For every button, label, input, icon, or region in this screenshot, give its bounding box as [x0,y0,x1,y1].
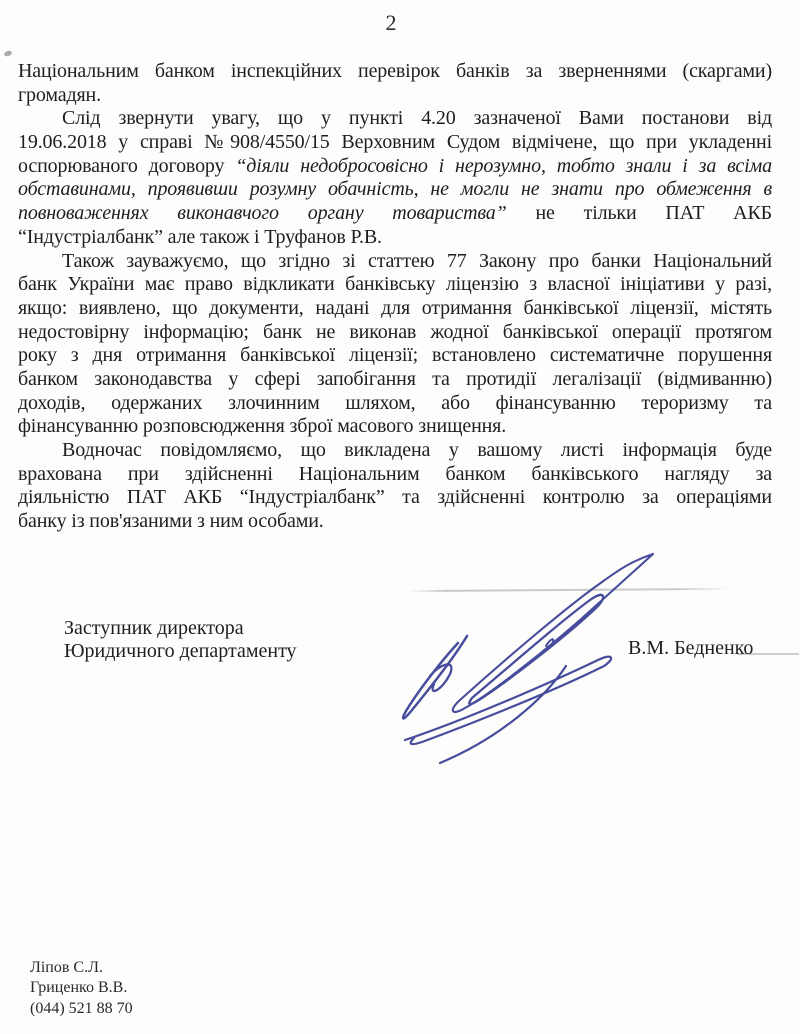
body-text-segment: банк України має право відкликати банків… [18,273,772,295]
body-text-segment: громадян. [18,84,101,106]
quoted-italic-text: “діяли недобросовісно і нерозумно, тобто… [235,155,772,177]
body-text-segment: оспорюваного договору [18,155,235,177]
body-line: доходів, одержаних злочинним шляхом, або… [18,392,772,416]
quoted-italic-text: обставинами, проявивши розумну обачність… [18,178,772,200]
body-line: оспорюваного договору “діяли недобросові… [18,155,772,179]
signer-title-line: Заступник директора [64,617,297,640]
footer-contacts: Ліпов С.Л. Гриценко В.В. (044) 521 88 70 [30,958,133,1019]
scan-speck [3,50,12,57]
signer-title: Заступник директора Юридичного департаме… [64,617,297,663]
body-text-segment: Національним банком інспекційних перевір… [18,60,772,82]
body-text-segment: недостовірну інформацію; банк не виконав… [18,321,772,343]
contact-phone: (044) 521 88 70 [30,999,133,1019]
body-text-segment: фінансуванню розповсюдження зброї масово… [18,415,506,437]
body-text-segment: якщо: виявлено, що документи, надані для… [18,297,772,319]
body-line: повноваженнях виконавчого органу товарис… [18,202,772,226]
body-line: Національним банком інспекційних перевір… [18,60,772,84]
body-line: недостовірну інформацію; банк не виконав… [18,321,772,345]
signer-name: В.М. Бедненко [628,637,753,660]
body-text-segment: діяльністю ПАТ АКБ “Індустріалбанк” та з… [18,486,772,508]
body-text-segment: Водночас повідомляємо, що викладена у ва… [62,439,772,461]
page-number: 2 [0,10,782,36]
body-line: року з дня отримання банківської ліцензі… [18,344,772,368]
body-line: 19.06.2018 у справі №908/4550/15 Верховн… [18,131,772,155]
body-text-segment: не тільки ПАТ АКБ [507,202,772,224]
body-line: обставинами, проявивши розумну обачність… [18,178,772,202]
body-line: “Індустріалбанк” але також і Труфанов Р.… [18,226,772,250]
body-line: фінансуванню розповсюдження зброї масово… [18,415,772,439]
body-text-segment: року з дня отримання банківської ліцензі… [18,344,772,366]
body-text-segment: Слід звернути увагу, що у пункті 4.20 за… [62,107,772,129]
body-text-segment: доходів, одержаних злочинним шляхом, або… [18,392,772,414]
signature-ink [370,548,660,778]
body-line: банк України має право відкликати банків… [18,273,772,297]
body-line: Водночас повідомляємо, що викладена у ва… [18,439,772,463]
body-line: якщо: виявлено, що документи, надані для… [18,297,772,321]
body-text-segment: банком законодавства у сфері запобігання… [18,368,772,390]
scanned-letter-page: 2 Національним банком інспекційних перев… [0,0,800,1034]
body-line: банку із пов'язаними з ним особами. [18,510,772,534]
quoted-italic-text: повноваженнях виконавчого органу товарис… [18,202,507,224]
letter-body: Національним банком інспекційних перевір… [18,60,772,534]
contact-person: Гриценко В.В. [30,978,133,998]
contact-person: Ліпов С.Л. [30,958,133,978]
body-line: врахована при здійсненні Національним ба… [18,463,772,487]
body-line: громадян. [18,84,772,108]
body-text-segment: банку із пов'язаними з ним особами. [18,510,324,532]
body-text-segment: “Індустріалбанк” але також і Труфанов Р.… [18,226,382,248]
body-text-segment: 19.06.2018 у справі №908/4550/15 Верховн… [18,131,772,153]
body-line: Також зауважуємо, що згідно зі статтею 7… [18,250,772,274]
signer-title-line: Юридичного департаменту [64,640,297,663]
body-line: діяльністю ПАТ АКБ “Індустріалбанк” та з… [18,486,772,510]
body-line: Слід звернути увагу, що у пункті 4.20 за… [18,107,772,131]
body-line: банком законодавства у сфері запобігання… [18,368,772,392]
body-text-segment: врахована при здійсненні Національним ба… [18,463,772,485]
body-text-segment: Також зауважуємо, що згідно зі статтею 7… [62,250,772,272]
